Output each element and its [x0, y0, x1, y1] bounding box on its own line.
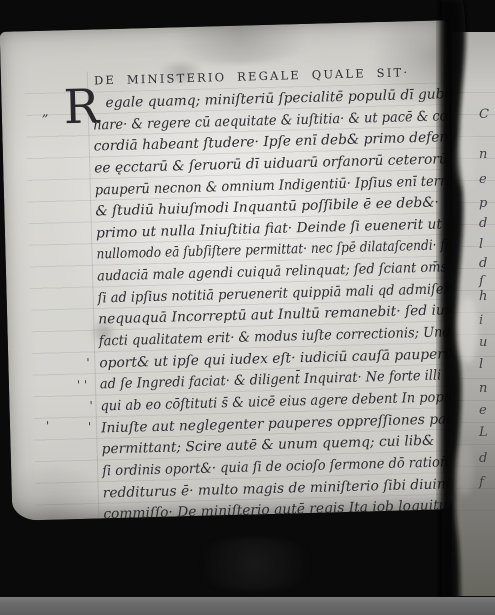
margin-mark: ' ' — [77, 378, 88, 392]
text-block: egale quamq; miniſteriū ſpecialitē popul… — [92, 83, 459, 521]
margin-mark: ' — [46, 419, 50, 433]
margin-quote-mark: „ — [42, 105, 49, 120]
background-smudge — [180, 538, 330, 590]
margin-mark: ' — [89, 399, 93, 413]
margin-mark: ' — [86, 356, 90, 370]
scanner-bed-strip — [0, 597, 495, 615]
manuscript-photo: DE MINISTERIO REGALE QUALE SIT· R „ ' ' … — [0, 0, 495, 615]
parchment-shading — [149, 20, 331, 66]
gutter-shadow — [436, 0, 495, 615]
manuscript-page: DE MINISTERIO REGALE QUALE SIT· R „ ' ' … — [0, 20, 459, 521]
margin-mark: ' — [88, 420, 92, 434]
